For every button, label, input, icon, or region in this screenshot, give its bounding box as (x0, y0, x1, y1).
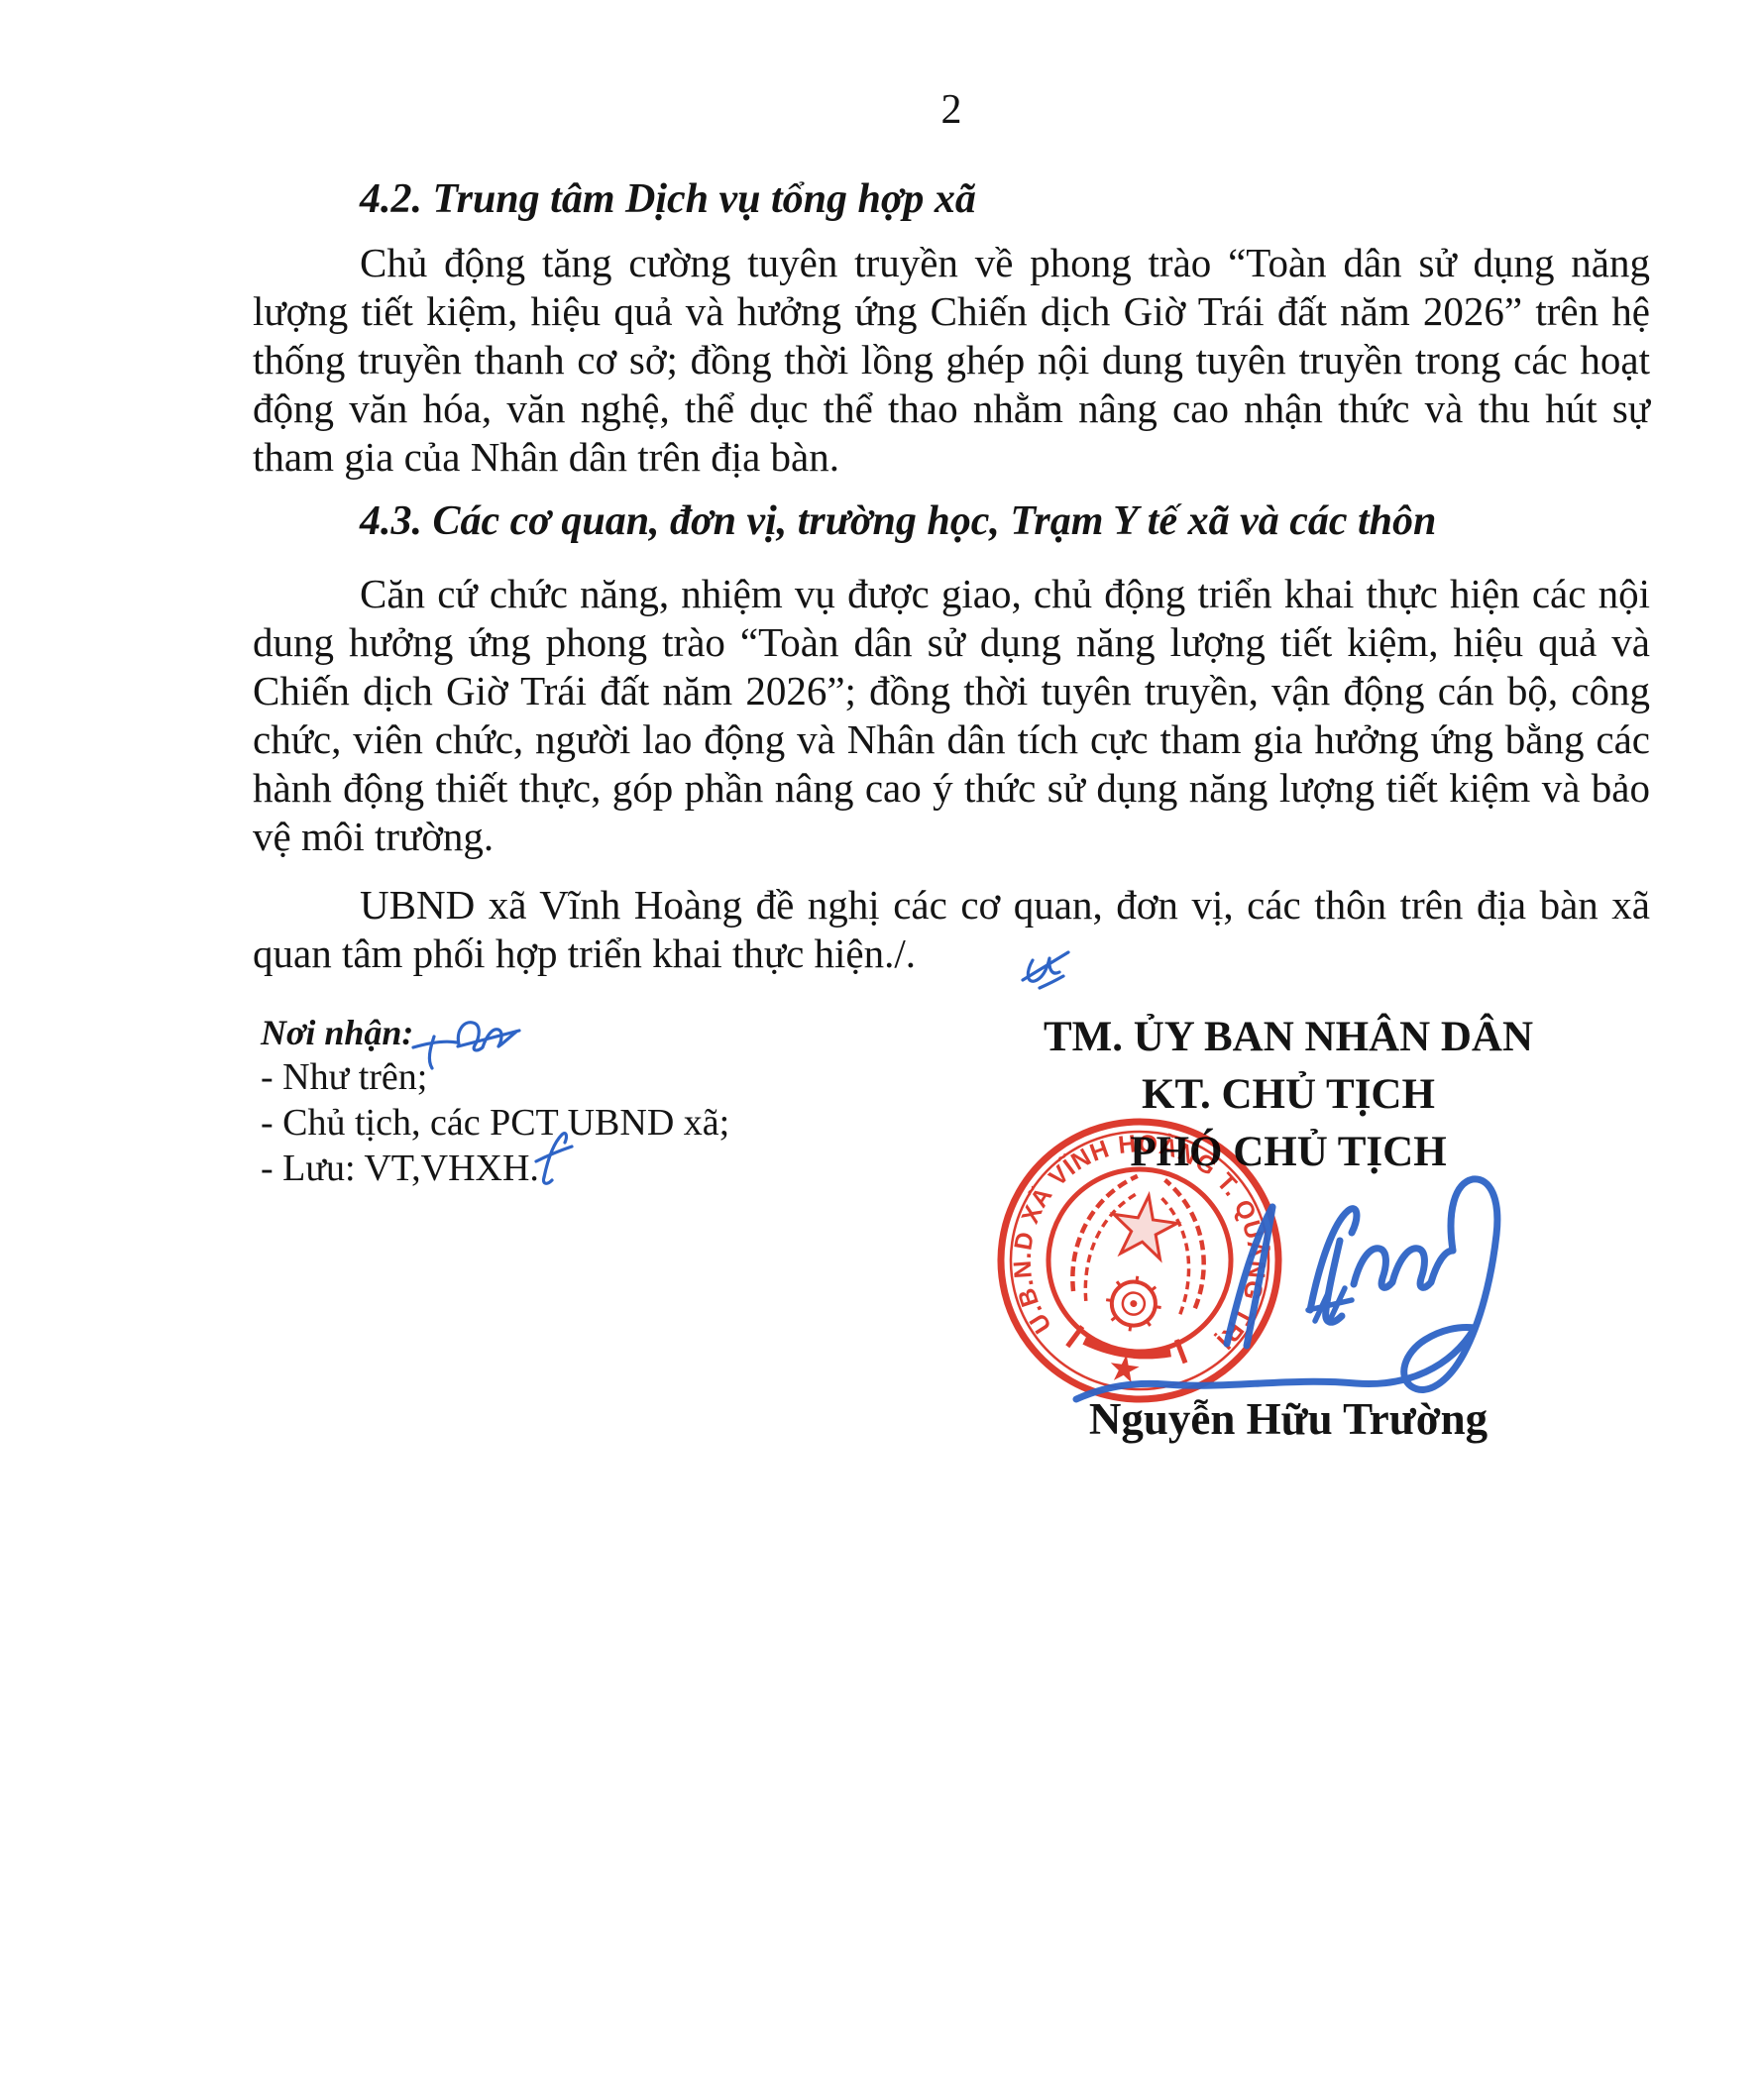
document-page: 2 4.2. Trung tâm Dịch vụ tổng hợp xã Chủ… (0, 0, 1764, 2078)
cog-wheel (1109, 1279, 1158, 1329)
signature-stroke (1326, 1241, 1342, 1322)
page-number: 2 (253, 87, 1650, 133)
seal-inner-ring (1037, 1157, 1243, 1364)
closing-paragraph: UBND xã Vĩnh Hoàng đề nghị các cơ quan, … (253, 881, 1650, 978)
title-line: KT. CHỦ TỊCH (932, 1066, 1645, 1124)
cog-hub (1130, 1300, 1138, 1308)
rice-ear-left (1069, 1169, 1137, 1298)
cog-teeth (1102, 1272, 1164, 1335)
recipient-item: - Chủ tịch, các PCT UBND xã; (261, 1100, 875, 1146)
authority-line: TM. ỦY BAN NHÂN DÂN (932, 1009, 1645, 1066)
rice-ear-right-inner (1143, 1195, 1199, 1315)
signature-stroke (1247, 1207, 1272, 1346)
position-line: PHÓ CHỦ TỊCH (932, 1124, 1645, 1181)
recipients-label: Nơi nhận: (261, 1011, 875, 1054)
rice-ear-left-inner (1082, 1187, 1139, 1307)
emblem-ribbon (1083, 1341, 1170, 1360)
emblem-ribbon-ends (1067, 1325, 1188, 1363)
rice-ear-right (1148, 1180, 1215, 1309)
paragraph-4-2: Chủ động tăng cường tuyên truyền về phon… (253, 239, 1650, 482)
seal-bottom-star-icon (1108, 1353, 1141, 1383)
section-heading-4-2: 4.2. Trung tâm Dịch vụ tổng hợp xã (253, 174, 1650, 224)
national-emblem (1062, 1169, 1216, 1365)
paragraph-4-3: Căn cứ chức năng, nhiệm vụ được giao, ch… (253, 570, 1650, 861)
section-heading-4-3: 4.3. Các cơ quan, đơn vị, trường học, Tr… (253, 496, 1650, 546)
signature-stroke (1354, 1249, 1453, 1288)
signature-stroke (1310, 1209, 1357, 1310)
recipient-item: - Như trên; (261, 1054, 875, 1100)
signature-ink (1076, 1179, 1497, 1399)
document-body: 4.2. Trung tâm Dịch vụ tổng hợp xã Chủ đ… (253, 174, 1650, 990)
signature-stroke (1076, 1328, 1475, 1399)
cog-inner (1121, 1291, 1146, 1316)
emblem-star-icon (1109, 1191, 1181, 1260)
signer-name: Nguyễn Hữu Trường (932, 1393, 1645, 1445)
signature-stroke (1404, 1179, 1497, 1390)
recipient-item: - Lưu: VT,VHXH. (261, 1146, 875, 1191)
recipients-block: Nơi nhận: - Như trên; - Chủ tịch, các PC… (261, 1011, 875, 1191)
signature-title-block: TM. ỦY BAN NHÂN DÂN KT. CHỦ TỊCH PHÓ CHỦ… (932, 1009, 1645, 1181)
signature-stroke (1308, 1288, 1352, 1321)
signature-stroke (1227, 1207, 1272, 1344)
